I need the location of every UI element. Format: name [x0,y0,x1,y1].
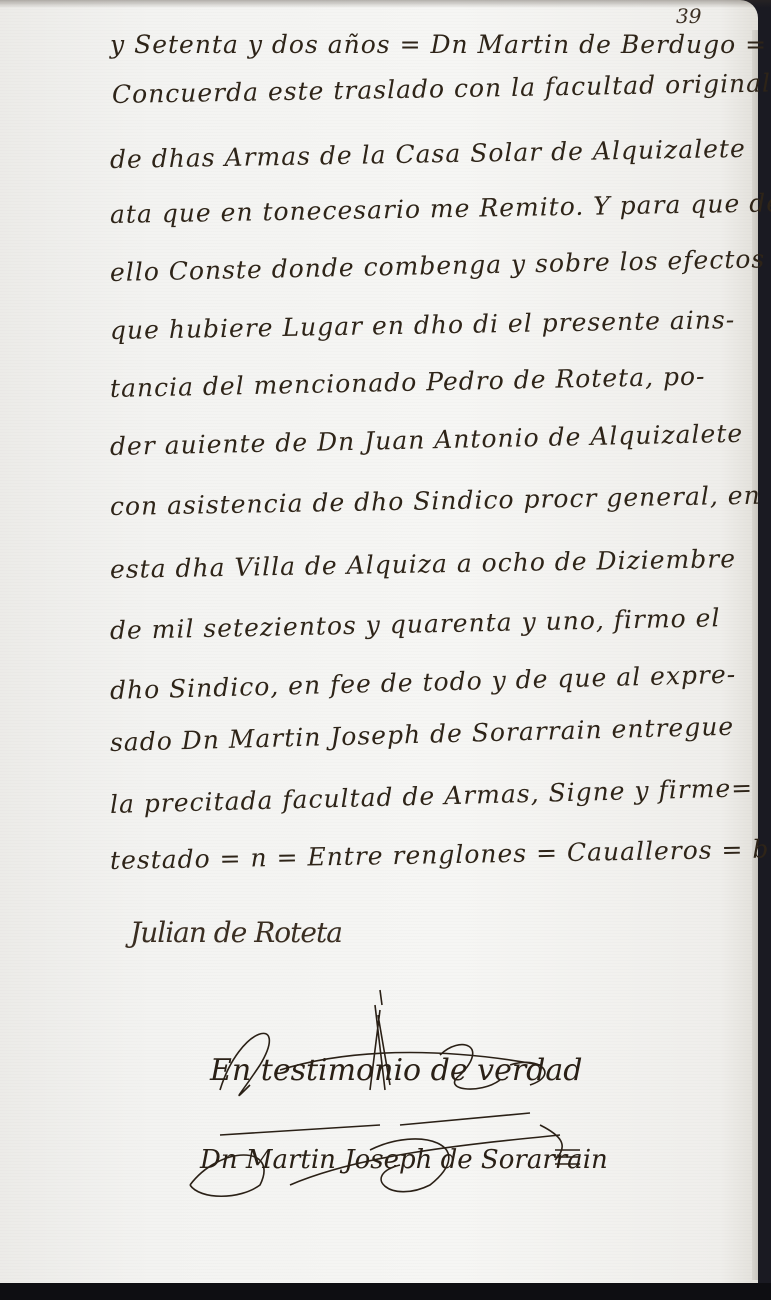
text-line: y Setenta y dos años = Dn Martin de Berd… [110,30,771,59]
signature-line-2: Dn Martin Joseph de Sorarrain [200,1145,608,1175]
folio-number: 39 [676,4,701,28]
signature-flourish-block: En testimonio de verdad Dn Martin Joseph… [160,985,620,1205]
scan-background-edge [0,1283,771,1300]
signature-line-1: En testimonio de verdad [210,1053,582,1088]
notary-signature: Julian de Roteta [130,916,342,949]
page-top-shadow [0,0,771,8]
